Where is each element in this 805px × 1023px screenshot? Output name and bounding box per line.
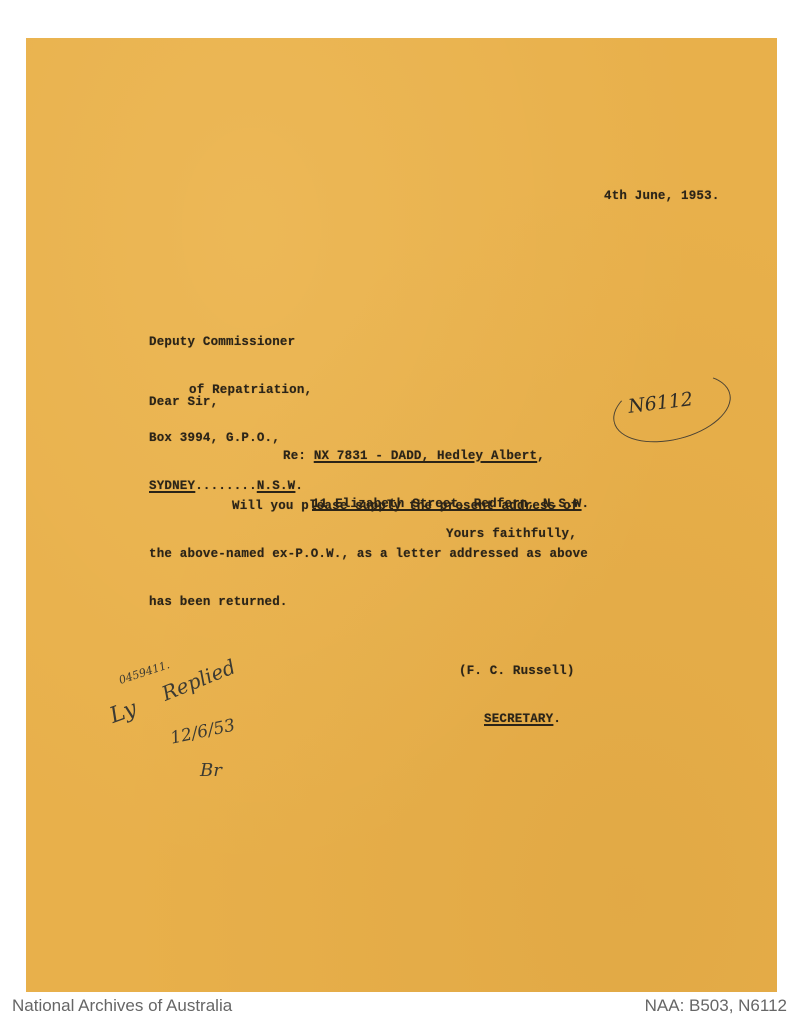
re-service-name: NX 7831 - DADD, Hedley Albert bbox=[314, 449, 537, 463]
letter-body: Will you please supply the present addre… bbox=[149, 466, 588, 626]
signatory-title: SECRETARY bbox=[484, 712, 553, 726]
signatory-title-line: SECRETARY. bbox=[459, 711, 575, 727]
re-line-1-end: , bbox=[537, 449, 545, 463]
letter-date: 4th June, 1953. bbox=[604, 188, 720, 204]
body-line-3: has been returned. bbox=[149, 594, 588, 610]
re-line-1: Re: NX 7831 - DADD, Hedley Albert, bbox=[283, 448, 589, 464]
closing: Yours faithfully, bbox=[446, 526, 577, 542]
handwritten-initials: Br bbox=[200, 760, 222, 781]
signatory-title-end: . bbox=[553, 712, 561, 726]
signatory-name: (F. C. Russell) bbox=[459, 663, 575, 679]
archive-reference: NAA: B503, N6112 bbox=[645, 996, 787, 1016]
recipient-line-1: Deputy Commissioner bbox=[149, 334, 312, 350]
signature-block: (F. C. Russell) SECRETARY. bbox=[459, 631, 575, 743]
re-prefix: Re: bbox=[283, 449, 314, 463]
body-line-1: Will you please supply the present addre… bbox=[149, 498, 588, 514]
body-line-2: the above-named ex-P.O.W., as a letter a… bbox=[149, 546, 588, 562]
archive-name: National Archives of Australia bbox=[12, 996, 232, 1016]
salutation: Dear Sir, bbox=[149, 394, 218, 410]
